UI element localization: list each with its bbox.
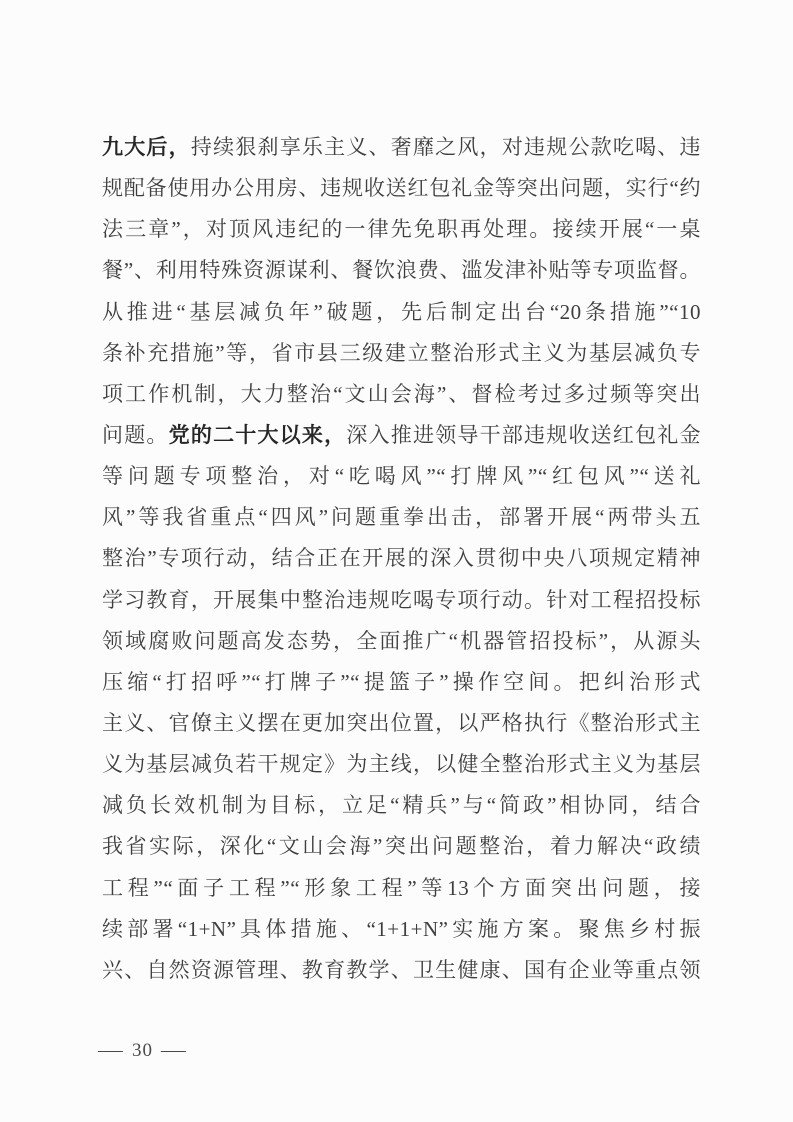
body-text: 兴、自然资源管理、教育教学、卫生健康、国有企业等重点领 xyxy=(102,958,701,982)
body-text: 我省实际，深化“文山会海”突出问题整治，着力解决“政绩 xyxy=(102,834,701,858)
text-line: 减负长效机制为目标，立足“精兵”与“简政”相协同，结合 xyxy=(102,785,701,826)
text-line: 等问题专项整治，对“吃喝风”“打牌风”“红包风”“送礼 xyxy=(102,456,701,497)
body-text: 规配备使用办公用房、违规收送红包礼金等突出问题，实行“约 xyxy=(102,176,701,200)
text-line: 压缩“打招呼”“打牌子”“提篮子”操作空间。把纠治形式 xyxy=(102,662,701,703)
text-line: 义为基层减负若干规定》为主线，以健全整治形式主义为基层 xyxy=(102,744,701,785)
footer-dash-right: — xyxy=(161,1040,187,1062)
emphasis-text: 九大后， xyxy=(102,136,191,159)
text-line: 领域腐败问题高发态势，全面推广“机器管招投标”，从源头 xyxy=(102,621,701,662)
text-line: 整治”专项行动，结合正在开展的深入贯彻中央八项规定精神 xyxy=(102,538,701,579)
body-text: 工程”“面子工程”“形象工程”等13个方面突出问题，接 xyxy=(102,876,701,900)
paragraph-block: 九大后，持续狠刹享乐主义、奢靡之风，对违规公款吃喝、违规配备使用办公用房、违规收… xyxy=(102,127,701,991)
body-text: 风”等我省重点“四风”问题重拳出击，部署开展“两带头五 xyxy=(102,505,701,529)
text-line: 学习教育，开展集中整治违规吃喝专项行动。针对工程招投标 xyxy=(102,580,701,621)
body-text: 续部署“1+N”具体措施、“1+1+N”实施方案。聚焦乡村振 xyxy=(102,917,701,941)
body-text: 义为基层减负若干规定》为主线，以健全整治形式主义为基层 xyxy=(102,752,701,776)
document-page: 九大后，持续狠刹享乐主义、奢靡之风，对违规公款吃喝、违规配备使用办公用房、违规收… xyxy=(0,0,793,1122)
text-line: 法三章”，对顶风违纪的一律先免职再处理。接续开展“一桌 xyxy=(102,209,701,250)
body-text: 项工作机制，大力整治“文山会海”、督检考过多过频等突出 xyxy=(102,382,701,406)
body-text: 学习教育，开展集中整治违规吃喝专项行动。针对工程招投标 xyxy=(102,588,701,612)
text-line: 九大后，持续狠刹享乐主义、奢靡之风，对违规公款吃喝、违 xyxy=(102,127,701,168)
text-line: 主义、官僚主义摆在更加突出位置，以严格执行《整治形式主 xyxy=(102,703,701,744)
text-line: 条补充措施”等，省市县三级建立整治形式主义为基层减负专 xyxy=(102,333,701,374)
text-line: 规配备使用办公用房、违规收送红包礼金等突出问题，实行“约 xyxy=(102,168,701,209)
body-text: 条补充措施”等，省市县三级建立整治形式主义为基层减负专 xyxy=(102,341,701,365)
emphasis-text: 党的二十大以来， xyxy=(169,424,347,447)
text-line: 风”等我省重点“四风”问题重拳出击，部署开展“两带头五 xyxy=(102,497,701,538)
body-text: 减负长效机制为目标，立足“精兵”与“简政”相协同，结合 xyxy=(102,793,701,817)
text-line: 问题。党的二十大以来，深入推进领导干部违规收送红包礼金 xyxy=(102,415,701,456)
body-text: 深入推进领导干部违规收送红包礼金 xyxy=(346,423,701,447)
text-line: 工程”“面子工程”“形象工程”等13个方面突出问题，接 xyxy=(102,868,701,909)
text-line: 从推进“基层减负年”破题，先后制定出台“20条措施”“10 xyxy=(102,292,701,333)
body-text: 法三章”，对顶风违纪的一律先免职再处理。接续开展“一桌 xyxy=(102,217,701,241)
body-text: 主义、官僚主义摆在更加突出位置，以严格执行《整治形式主 xyxy=(102,711,701,735)
page-number: 30 xyxy=(132,1040,153,1062)
text-line: 兴、自然资源管理、教育教学、卫生健康、国有企业等重点领 xyxy=(102,950,701,991)
footer-dash-left: — xyxy=(98,1040,124,1062)
body-text: 持续狠刹享乐主义、奢靡之风，对违规公款吃喝、违 xyxy=(191,135,701,159)
body-text: 领域腐败问题高发态势，全面推广“机器管招投标”，从源头 xyxy=(102,629,701,653)
text-line: 项工作机制，大力整治“文山会海”、督检考过多过频等突出 xyxy=(102,374,701,415)
text-line: 续部署“1+N”具体措施、“1+1+N”实施方案。聚焦乡村振 xyxy=(102,909,701,950)
body-text: 问题。 xyxy=(102,423,169,447)
text-line: 餐”、利用特殊资源谋利、餐饮浪费、滥发津补贴等专项监督。 xyxy=(102,250,701,291)
page-footer: — 30 — xyxy=(101,1040,184,1062)
text-line: 我省实际，深化“文山会海”突出问题整治，着力解决“政绩 xyxy=(102,826,701,867)
body-text: 从推进“基层减负年”破题，先后制定出台“20条措施”“10 xyxy=(102,300,701,324)
body-text: 压缩“打招呼”“打牌子”“提篮子”操作空间。把纠治形式 xyxy=(102,670,701,694)
body-text: 等问题专项整治，对“吃喝风”“打牌风”“红包风”“送礼 xyxy=(102,464,701,488)
body-text: 整治”专项行动，结合正在开展的深入贯彻中央八项规定精神 xyxy=(102,546,701,570)
body-text: 餐”、利用特殊资源谋利、餐饮浪费、滥发津补贴等专项监督。 xyxy=(102,258,701,282)
